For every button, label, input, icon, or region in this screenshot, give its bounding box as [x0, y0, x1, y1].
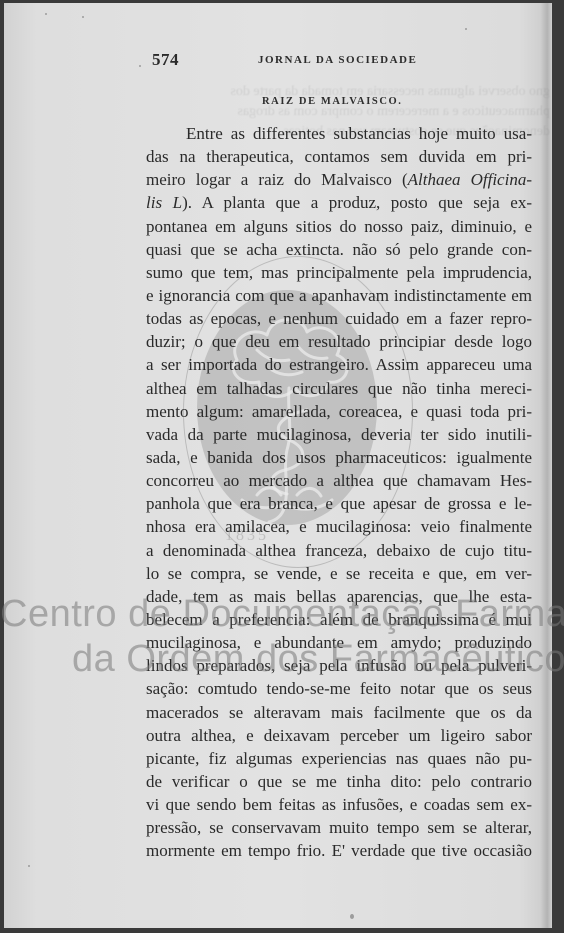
scan-speck	[350, 914, 354, 919]
text-line: mormente em tempo frio. E' verdade que t…	[146, 839, 532, 862]
text-line: lindos preparados, seja pela infusão ou …	[146, 654, 532, 677]
text-line: de verificar o que se me tinha dito: pel…	[146, 770, 532, 793]
text-line: a denominada althea franceza, debaixo de…	[146, 539, 532, 562]
body-text: Entre as differentes substancias hoje mu…	[146, 122, 532, 863]
text-line: Entre as differentes substancias hoje mu…	[146, 122, 532, 145]
scan-speck	[139, 65, 141, 67]
italic-scientific-name: Althaea Officina-	[408, 170, 532, 189]
scan-speck	[463, 853, 465, 855]
text-line-with-italic: meiro logar a raiz do Malvaisco (Althaea…	[146, 168, 532, 191]
text-line: lo se compra, se vende, e se receita e q…	[146, 562, 532, 585]
text-line-with-italic: lis L). A planta que a produz, posto que…	[146, 191, 532, 214]
text-segment: ). A planta que a produz, posto que seja…	[182, 193, 532, 212]
text-line: belecem a preferencia: além de branquiss…	[146, 608, 532, 631]
scan-speck	[28, 865, 30, 867]
scan-speck	[45, 13, 47, 15]
text-line: vada da parte mucilaginosa, deveria ter …	[146, 423, 532, 446]
text-line: sada, e banida dos usos pharmaceuticos: …	[146, 446, 532, 469]
text-line: althea em talhadas circulares que não ti…	[146, 377, 532, 400]
text-line: pressão, se conservavam muito tempo sem …	[146, 816, 532, 839]
text-segment: meiro logar a raiz do Malvaisco (	[146, 170, 408, 189]
text-line: a ser importada do estrangeiro. Assim ap…	[146, 353, 532, 376]
text-line: concorreu ao mercado a althea que chamav…	[146, 469, 532, 492]
section-title: RAIZ DE MALVAISCO.	[262, 96, 403, 107]
text-line: picante, fiz algumas experiencias nas qu…	[146, 747, 532, 770]
italic-scientific-name: lis L	[146, 193, 182, 212]
text-line: e ignorancia com que a apanhavam indisti…	[146, 284, 532, 307]
text-line: mucilaginosa, e abundante em amydo; prod…	[146, 631, 532, 654]
page-header: 574 JORNAL DA SOCIEDADE	[152, 50, 532, 74]
text-line: dade, tem as mais bellas aparencias, que…	[146, 585, 532, 608]
text-line: todas as epocas, e nenhum cuidado em a f…	[146, 307, 532, 330]
text-line: vi que sendo bem feitas as infusões, e c…	[146, 793, 532, 816]
text-line: pontanea em alguns sitios do nosso paiz,…	[146, 215, 532, 238]
text-line: duzir; o que deu em resultado principiar…	[146, 330, 532, 353]
text-line: sação: comtudo tendo-se-me feito notar q…	[146, 677, 532, 700]
running-head: JORNAL DA SOCIEDADE	[258, 54, 417, 66]
scan-speck	[82, 16, 84, 18]
scan-speck	[465, 28, 467, 30]
text-line: das na therapeutica, contamos sem duvida…	[146, 145, 532, 168]
text-line: macerados se alteravam mais facilmente q…	[146, 701, 532, 724]
page-number: 574	[152, 50, 179, 70]
text-line: quasi que se acha extincta. não só pelo …	[146, 238, 532, 261]
text-line: mento algum: amarellada, coreacea, e qua…	[146, 400, 532, 423]
text-line: sumo que tem, mas principalmente pela im…	[146, 261, 532, 284]
text-line: panhola que era branca, e que apesar de …	[146, 492, 532, 515]
text-line: outra althea, e deixavam perceber um lig…	[146, 724, 532, 747]
text-line: nhosa era amilacea, e mucilaginosa: veio…	[146, 515, 532, 538]
